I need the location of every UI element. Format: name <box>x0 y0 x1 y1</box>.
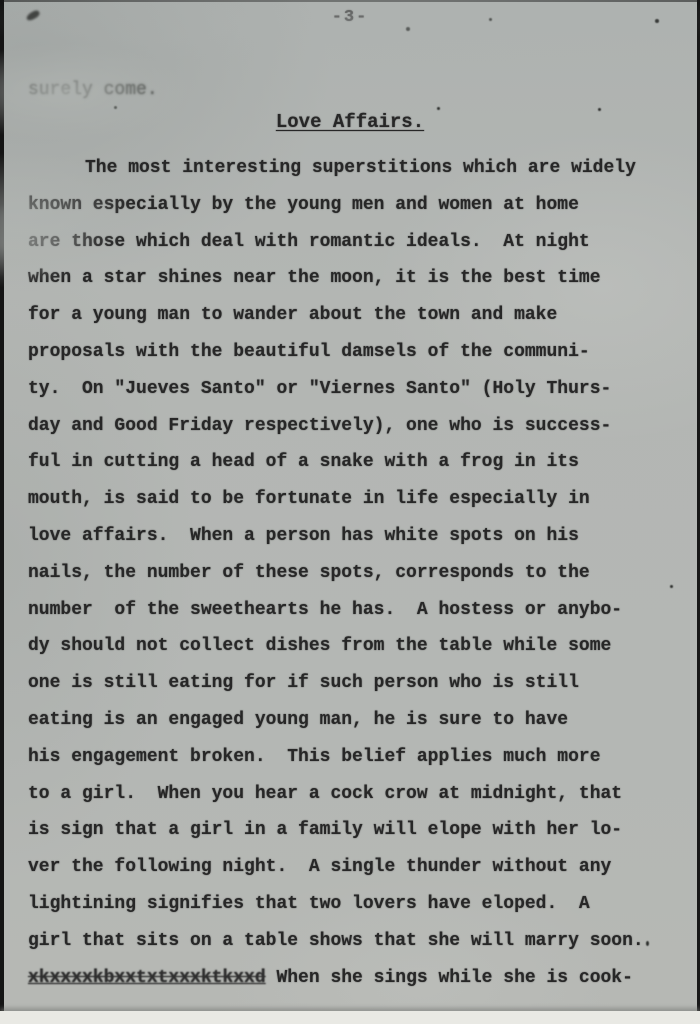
body-line: eating is an engaged young man, he is su… <box>28 702 678 739</box>
body-line: girl that sits on a table shows that she… <box>28 923 678 960</box>
body-line: ty. On "Jueves Santo" or "Viernes Santo"… <box>28 371 678 408</box>
body-line: are those which deal with romantic ideal… <box>28 224 678 261</box>
body-line: dy should not collect dishes from the ta… <box>28 628 678 665</box>
struck-out-text: xkxxxxkbxxtxtxxxktkxxd <box>28 968 266 988</box>
body-text: The most interesting superstitions which… <box>28 150 678 996</box>
body-line: love affairs. When a person has white sp… <box>28 518 678 555</box>
body-line: number of the sweethearts he has. A host… <box>28 592 678 629</box>
paper-speck <box>489 18 492 21</box>
body-line: for a young man to wander about the town… <box>28 297 678 334</box>
body-line: when a star shines near the moon, it is … <box>28 260 678 297</box>
paper-speck <box>670 585 673 588</box>
paper-speck <box>655 19 659 23</box>
body-line: lightining signifies that two lovers hav… <box>28 886 678 923</box>
paper-speck <box>114 106 117 109</box>
paper-speck <box>646 941 649 946</box>
body-line: to a girl. When you hear a cock crow at … <box>28 776 678 813</box>
body-line: When she sings while she is cook- <box>266 968 633 988</box>
body-line: mouth, is said to be fortunate in life e… <box>28 481 678 518</box>
body-line: his engagement broken. This belief appli… <box>28 739 678 776</box>
body-line: one is still eating for if such person w… <box>28 665 678 702</box>
carryover-text: surely come. <box>28 80 158 100</box>
body-line: is sign that a girl in a family will elo… <box>28 812 678 849</box>
body-line: The most interesting superstitions which… <box>28 150 678 187</box>
scan-edge-top <box>0 0 700 2</box>
paper-speck <box>406 27 410 31</box>
body-line: proposals with the beautiful damsels of … <box>28 334 678 371</box>
page-number: -3- <box>0 8 700 27</box>
body-line: nails, the number of these spots, corres… <box>28 555 678 592</box>
paper-speck <box>598 108 601 111</box>
section-heading: Love Affairs. <box>0 111 700 133</box>
body-line: ful in cutting a head of a snake with a … <box>28 444 678 481</box>
body-line: ver the following night. A single thunde… <box>28 849 678 886</box>
scan-edge-left <box>0 0 4 1024</box>
scanned-document-page: -3- surely come. Love Affairs. The most … <box>0 0 700 1024</box>
body-line: day and Good Friday respectively), one w… <box>28 408 678 445</box>
paper-speck <box>437 107 440 110</box>
scan-edge-bottom <box>0 1011 700 1024</box>
body-line: known especially by the young men and wo… <box>28 187 678 224</box>
body-line-struck-out: xkxxxxkbxxtxtxxxktkxxd When she sings wh… <box>28 960 678 997</box>
